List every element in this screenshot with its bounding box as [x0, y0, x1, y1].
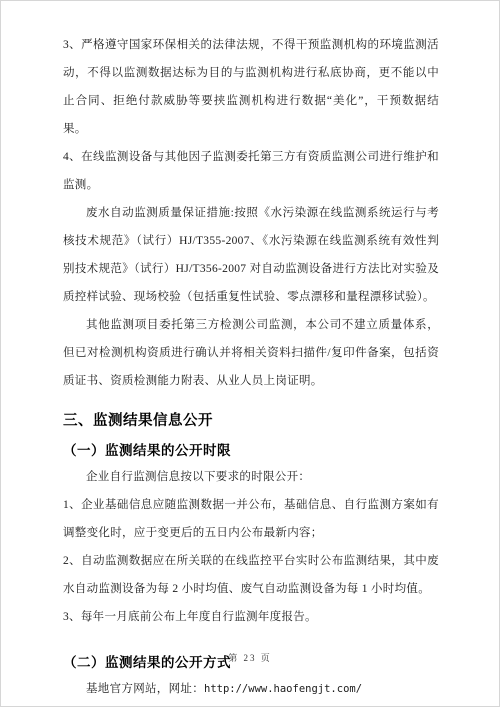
list-item-annual-report: 3、每年一月底前公布上年度自行监测年度报告。 [63, 603, 439, 631]
document-page: 3、严格遵守国家环保相关的法律法规，不得干预监测机构的环境监测活动，不得以监测数… [0, 0, 500, 707]
paragraph-other-monitoring: 其他监测项目委托第三方检测公司监测，本公司不建立质量体系，但已对检测机构资质进行… [63, 311, 439, 395]
paragraph-wastewater-qa: 废水自动监测质量保证措施:按照《水污染源在线监测系统运行与考核技术规范》（试行）… [63, 199, 439, 311]
list-item-1: 1、企业基础信息应随监测数据一并公布，基础信息、自行监测方案如有调整变化时，应于… [63, 491, 439, 547]
section-heading-disclosure: 三、监测结果信息公开 [63, 409, 439, 433]
website-url: http://www.haofengjt.com/ [204, 683, 362, 695]
website-line: 基地官方网站，网址：http://www.haofengjt.com/ [63, 675, 439, 703]
website-line-prefix: 基地官方网站，网址： [86, 683, 204, 695]
subsection-heading-time-limit: （一）监测结果的公开时限 [63, 439, 439, 463]
list-item-2: 2、自动监测数据应在所关联的在线监控平台实时公布监测结果，其中废水自动监测设备为… [63, 547, 439, 603]
paragraph-disclosure-intro: 企业自行监测信息按以下要求的时限公开： [63, 463, 439, 491]
list-item-4: 4、在线监测设备与其他因子监测委托第三方有资质监测公司进行维护和监测。 [63, 143, 439, 199]
page-number: 第 23 页 [1, 651, 499, 664]
list-item-3: 3、严格遵守国家环保相关的法律法规，不得干预监测机构的环境监测活动，不得以监测数… [63, 31, 439, 143]
